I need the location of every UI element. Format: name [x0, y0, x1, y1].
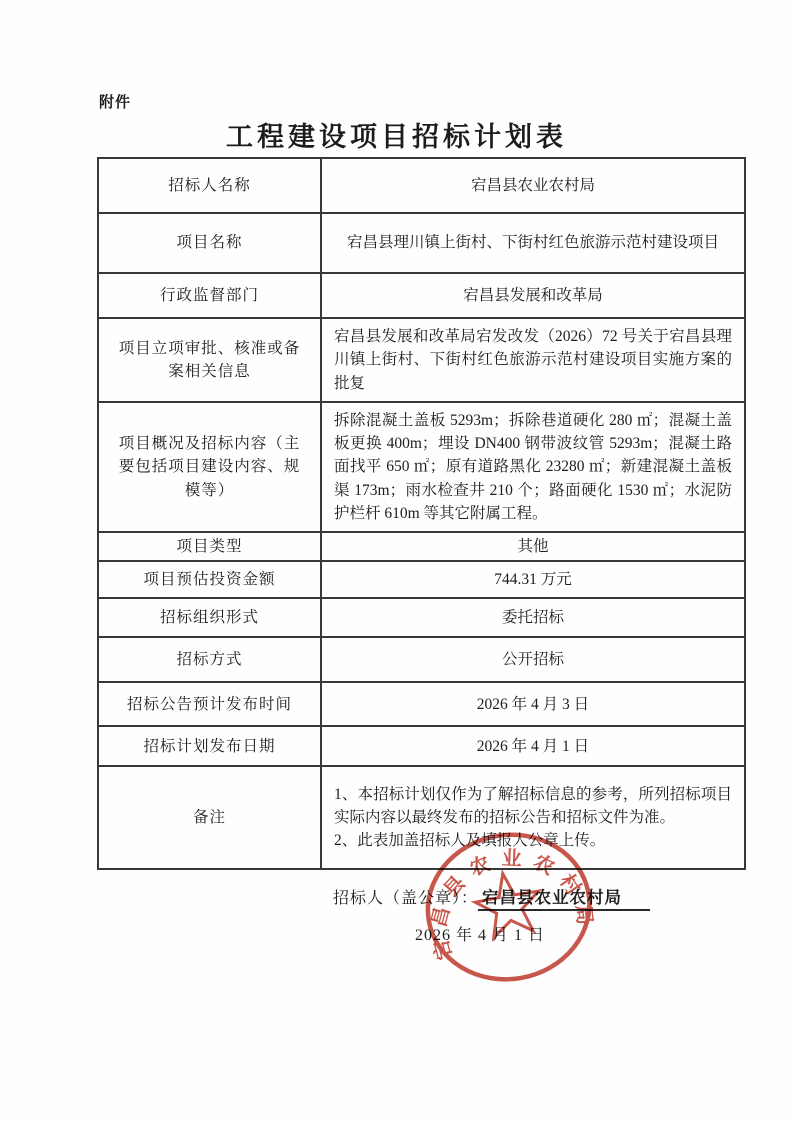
row-label: 招标计划发布日期 [98, 726, 321, 766]
row-label: 项目概况及招标内容（主要包括项目建设内容、规模等） [98, 402, 321, 532]
table-row: 项目立项审批、核准或备案相关信息 宕昌县发展和改革局宕发改发（2026）72 号… [98, 318, 745, 402]
row-value: 委托招标 [321, 598, 745, 637]
row-label: 招标人名称 [98, 158, 321, 213]
row-label: 项目立项审批、核准或备案相关信息 [98, 318, 321, 402]
row-value: 宕昌县发展和改革局宕发改发（2026）72 号关于宕昌县理川镇上街村、下街村红色… [321, 318, 745, 402]
row-label: 行政监督部门 [98, 273, 321, 318]
signature-date: 2026 年 4 月 1 日 [415, 922, 545, 945]
table-row: 项目类型 其他 [98, 532, 745, 561]
page-title: 工程建设项目招标计划表 [0, 115, 793, 154]
document-page: 附件 工程建设项目招标计划表 招标人名称 宕昌县农业农村局 项目名称 宕昌县理川… [0, 0, 793, 1122]
table-row: 备注 1、本招标计划仅作为了解招标信息的参考，所列招标项目实际内容以最终发布的招… [98, 766, 745, 869]
row-value: 2026 年 4 月 3 日 [321, 682, 745, 726]
table-row: 招标组织形式 委托招标 [98, 598, 745, 637]
row-label: 项目类型 [98, 532, 321, 561]
row-value: 公开招标 [321, 637, 745, 682]
table-row: 项目名称 宕昌县理川镇上街村、下街村红色旅游示范村建设项目 [98, 213, 745, 273]
signature-line: 招标人（盖公章）：宕昌县农业农村局 [333, 884, 650, 911]
table-row: 招标方式 公开招标 [98, 637, 745, 682]
row-value: 2026 年 4 月 1 日 [321, 726, 745, 766]
row-value: 宕昌县农业农村局 [321, 158, 745, 213]
row-label: 招标公告预计发布时间 [98, 682, 321, 726]
table-row: 招标计划发布日期 2026 年 4 月 1 日 [98, 726, 745, 766]
row-label: 招标组织形式 [98, 598, 321, 637]
row-value: 宕昌县理川镇上街村、下街村红色旅游示范村建设项目 [321, 213, 745, 273]
table-row: 招标人名称 宕昌县农业农村局 [98, 158, 745, 213]
attachment-label: 附件 [99, 91, 131, 112]
row-value: 1、本招标计划仅作为了解招标信息的参考，所列招标项目实际内容以最终发布的招标公告… [321, 766, 745, 869]
table-row: 招标公告预计发布时间 2026 年 4 月 3 日 [98, 682, 745, 726]
row-value: 宕昌县发展和改革局 [321, 273, 745, 318]
table-row: 行政监督部门 宕昌县发展和改革局 [98, 273, 745, 318]
row-value: 744.31 万元 [321, 561, 745, 598]
signature-value: 宕昌县农业农村局 [478, 884, 650, 911]
row-label: 项目名称 [98, 213, 321, 273]
row-label: 备注 [98, 766, 321, 869]
row-label: 项目预估投资金额 [98, 561, 321, 598]
table-row: 项目预估投资金额 744.31 万元 [98, 561, 745, 598]
row-value: 拆除混凝土盖板 5293m；拆除巷道硬化 280 ㎡；混凝土盖板更换 400m；… [321, 402, 745, 532]
bidding-plan-table: 招标人名称 宕昌县农业农村局 项目名称 宕昌县理川镇上街村、下街村红色旅游示范村… [97, 157, 746, 870]
row-label: 招标方式 [98, 637, 321, 682]
table-row: 项目概况及招标内容（主要包括项目建设内容、规模等） 拆除混凝土盖板 5293m；… [98, 402, 745, 532]
signature-label: 招标人（盖公章）： [333, 890, 478, 907]
row-value: 其他 [321, 532, 745, 561]
